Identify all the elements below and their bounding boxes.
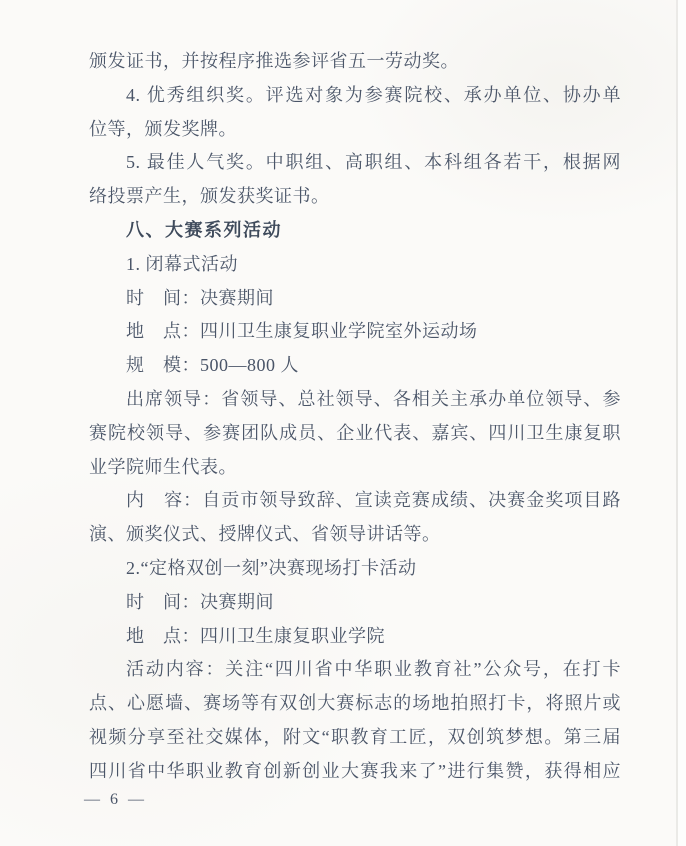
text-line: 1. 闭幕式活动 (89, 248, 621, 282)
document-body: 颁发证书，并按程序推选参评省五一劳动奖。4. 优秀组织奖。评选对象为参赛院校、承… (89, 45, 621, 789)
section-heading: 八、大赛系列活动 (89, 214, 621, 248)
text-line: 2.“定格双创一刻”决赛现场打卡活动 (89, 552, 621, 586)
text-line: 络投票产生，颁发获奖证书。 (89, 180, 621, 214)
text-line: 5. 最佳人气奖。中职组、高职组、本科组各若干，根据网 (89, 146, 621, 180)
text-line: 演、颁奖仪式、授牌仪式、省领导讲话等。 (89, 518, 621, 552)
text-line: 4. 优秀组织奖。评选对象为参赛院校、承办单位、协办单 (89, 79, 621, 113)
text-line: 位等，颁发奖牌。 (89, 113, 621, 147)
text-line: 地 点：四川卫生康复职业学院 (89, 620, 621, 654)
text-line: 出席领导：省领导、总社领导、各相关主承办单位领导、参 (89, 383, 621, 417)
scan-edge-highlight (678, 0, 686, 846)
text-line: 赛院校领导、参赛团队成员、企业代表、嘉宾、四川卫生康复职 (89, 417, 621, 451)
text-line: 业学院师生代表。 (89, 451, 621, 485)
text-line: 内 容：自贡市领导致辞、宣读竞赛成绩、决赛金奖项目路 (89, 484, 621, 518)
page-number: — 6 — (84, 791, 147, 809)
text-line: 颁发证书，并按程序推选参评省五一劳动奖。 (89, 45, 621, 79)
document-page: 颁发证书，并按程序推选参评省五一劳动奖。4. 优秀组织奖。评选对象为参赛院校、承… (0, 0, 686, 846)
text-line: 地 点：四川卫生康复职业学院室外运动场 (89, 315, 621, 349)
text-line: 时 间：决赛期间 (89, 282, 621, 316)
text-line: 活动内容：关注“四川省中华职业教育社”公众号，在打卡 (89, 653, 621, 687)
text-line: 时 间：决赛期间 (89, 586, 621, 620)
text-line: 规 模：500—800 人 (89, 349, 621, 383)
text-line: 四川省中华职业教育创新创业大赛我来了”进行集赞，获得相应 (89, 755, 621, 789)
text-line: 视频分享至社交媒体，附文“职教育工匠，双创筑梦想。第三届 (89, 721, 621, 755)
text-line: 点、心愿墙、赛场等有双创大赛标志的场地拍照打卡，将照片或 (89, 687, 621, 721)
